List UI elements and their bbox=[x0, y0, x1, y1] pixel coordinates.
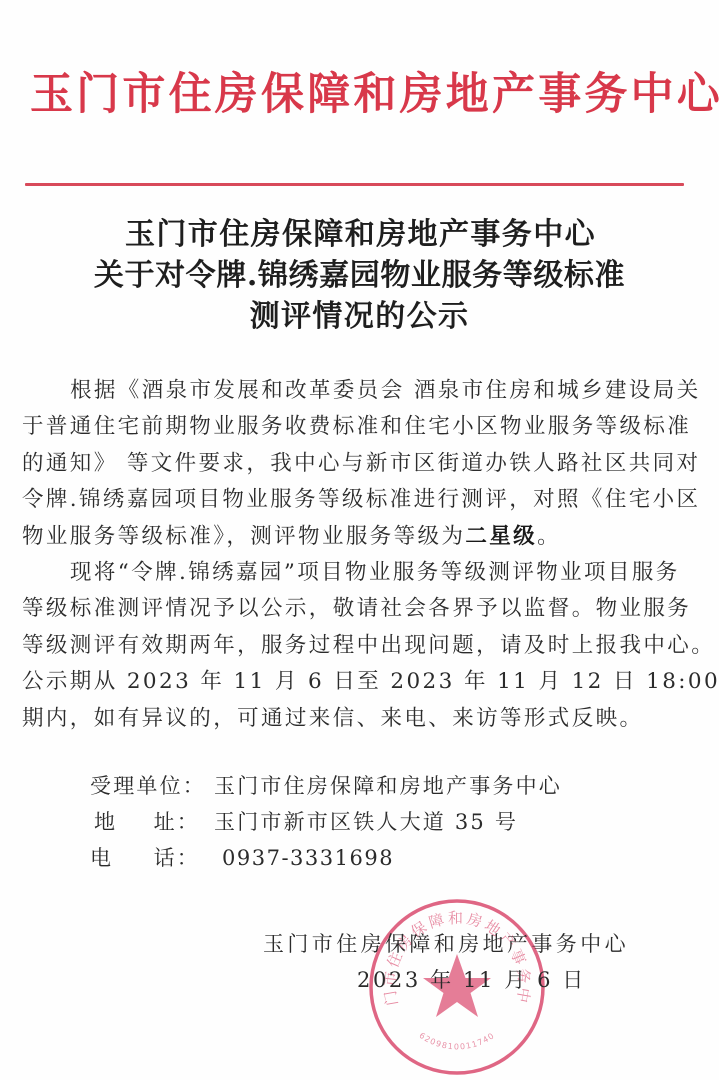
document-title: 玉门市住房保障和房地产事务中心 关于对令牌.锦绣嘉园物业服务等级标准 测评情况的… bbox=[0, 214, 719, 337]
title-line-2: 关于对令牌.锦绣嘉园物业服务等级标准 bbox=[0, 255, 719, 296]
unit-value: 玉门市住房保障和房地产事务中心 bbox=[214, 768, 562, 804]
title-line-1: 玉门市住房保障和房地产事务中心 bbox=[0, 214, 719, 255]
svg-text:6209810011740: 6209810011740 bbox=[417, 1031, 496, 1052]
body-line: 于普通住宅前期物业服务收费标准和住宅小区物业服务等级标准 bbox=[22, 409, 700, 445]
address-label-b: 址： bbox=[154, 804, 200, 840]
body-line: 令牌.锦绣嘉园项目物业服务等级标准进行测评，对照《住宅小区 bbox=[22, 482, 700, 518]
body-line: 根据《酒泉市发展和改革委员会 酒泉市住房和城乡建设局关 bbox=[22, 373, 700, 409]
address-label-a: 地 bbox=[94, 804, 117, 840]
body-line-rating: 物业服务等级标准》，测评物业服务等级为二星级。 bbox=[22, 519, 700, 555]
phone-label-a: 电 bbox=[90, 840, 113, 876]
letterhead-organization: 玉门市住房保障和房地产事务中心 bbox=[30, 70, 682, 119]
body-line: 期内，如有异议的，可通过来信、来电、来访等形式反映。 bbox=[22, 701, 700, 737]
document-body: 根据《酒泉市发展和改革委员会 酒泉市住房和城乡建设局关 于普通住宅前期物业服务收… bbox=[22, 373, 700, 737]
unit-label: 受理单位： bbox=[90, 768, 214, 804]
phone-label-b: 话： bbox=[154, 840, 200, 876]
rating-suffix: 。 bbox=[537, 524, 561, 549]
body-line: 现将“令牌.锦绣嘉园”项目物业服务等级测评物业项目服务 bbox=[22, 555, 700, 591]
letterhead-divider bbox=[25, 183, 684, 186]
body-line: 等级标准测评情况予以公示，敬请社会各界予以监督。物业服务 bbox=[22, 591, 700, 627]
address-label: 地 址： bbox=[90, 804, 200, 840]
document-page: 玉门市住房保障和房地产事务中心 玉门市住房保障和房地产事务中心 关于对令牌.锦绣… bbox=[0, 0, 719, 1080]
signature-block: 玉门市住房保障和房地产事务中心 2023 年 11 月 6 日 bbox=[263, 926, 623, 998]
contact-row-address: 地 址： 玉门市新市区铁人大道 35 号 bbox=[90, 804, 562, 840]
contact-row-phone: 电 话： 0937-3331698 bbox=[90, 840, 562, 876]
address-value: 玉门市新市区铁人大道 35 号 bbox=[214, 804, 518, 840]
title-line-3: 测评情况的公示 bbox=[0, 296, 719, 337]
body-line: 的通知》 等文件要求，我中心与新市区街道办铁人路社区共同对 bbox=[22, 446, 700, 482]
body-line: 公示期从 2023 年 11 月 6 日至 2023 年 11 月 12 日 1… bbox=[22, 664, 700, 700]
phone-value: 0937-3331698 bbox=[214, 840, 394, 876]
phone-label: 电 话： bbox=[90, 840, 200, 876]
rating-prefix: 物业服务等级标准》，测评物业服务等级为 bbox=[22, 524, 465, 549]
signature-date: 2023 年 11 月 6 日 bbox=[263, 962, 623, 998]
signature-organization: 玉门市住房保障和房地产事务中心 bbox=[263, 926, 623, 962]
body-line: 等级测评有效期两年，服务过程中出现问题，请及时上报我中心。 bbox=[22, 628, 700, 664]
contact-row-unit: 受理单位： 玉门市住房保障和房地产事务中心 bbox=[90, 768, 562, 804]
contact-block: 受理单位： 玉门市住房保障和房地产事务中心 地 址： 玉门市新市区铁人大道 35… bbox=[90, 768, 562, 876]
rating-value: 二星级 bbox=[465, 524, 537, 549]
